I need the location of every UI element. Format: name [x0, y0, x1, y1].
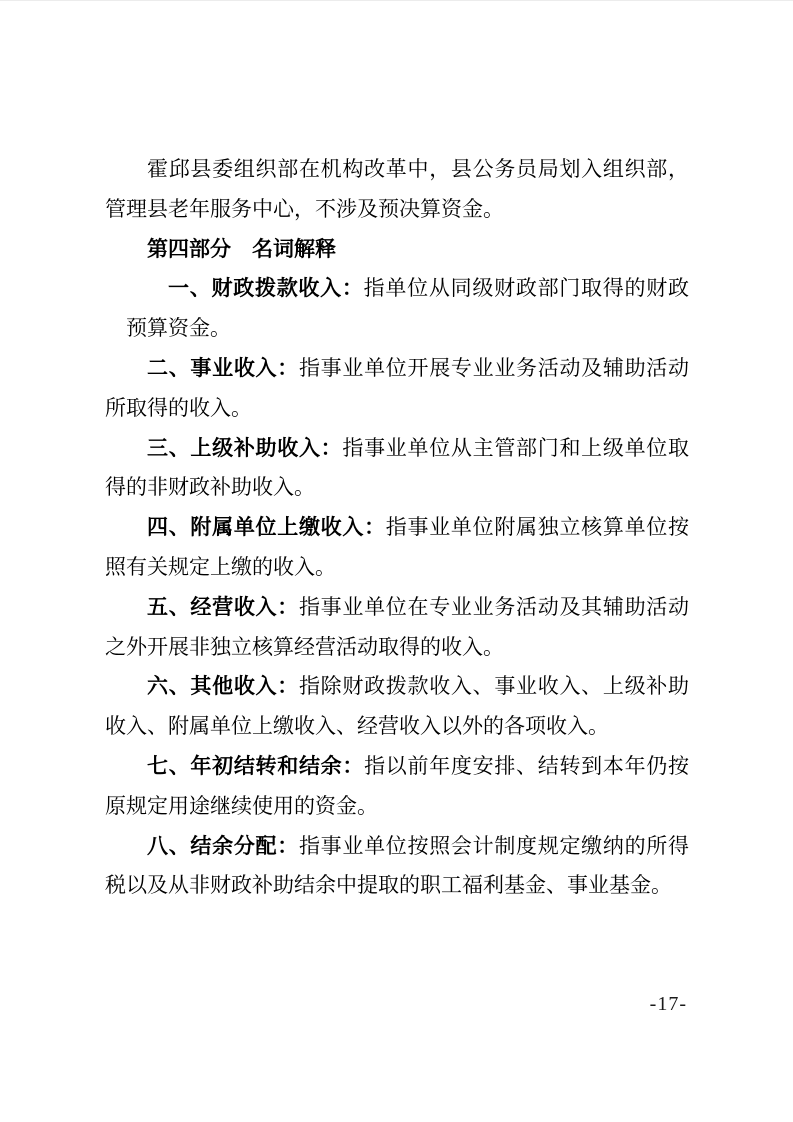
term-paragraph-1: 一、财政拨款收入：指单位从同级财政部门取得的财政预算资金。 — [105, 269, 689, 349]
document-page: 霍邱县委组织部在机构改革中，县公务员局划入组织部，管理县老年服务中心，不涉及预决… — [0, 0, 793, 1122]
term-paragraph-4: 四、附属单位上缴收入：指事业单位附属独立核算单位按照有关规定上缴的收入。 — [105, 508, 689, 588]
term-paragraph-2: 二、事业收入：指事业单位开展专业业务活动及辅助活动所取得的收入。 — [105, 349, 689, 429]
term-paragraph-3: 三、上级补助收入：指事业单位从主管部门和上级单位取得的非财政补助收入。 — [105, 429, 689, 509]
document-body: 霍邱县委组织部在机构改革中，县公务员局划入组织部，管理县老年服务中心，不涉及预决… — [105, 150, 689, 906]
intro-paragraph: 霍邱县委组织部在机构改革中，县公务员局划入组织部，管理县老年服务中心，不涉及预决… — [105, 150, 689, 230]
term-lead: 六、其他收入： — [147, 675, 299, 698]
term-lead: 一、财政拨款收入： — [168, 277, 364, 300]
term-lead: 三、上级补助收入： — [147, 437, 342, 460]
term-paragraph-5: 五、经营收入：指事业单位在专业业务活动及其辅助活动之外开展非独立核算经营活动取得… — [105, 588, 689, 668]
term-lead: 七、年初结转和结余： — [147, 755, 364, 778]
term-lead: 四、附属单位上缴收入： — [147, 516, 386, 539]
term-lead: 五、经营收入： — [147, 596, 299, 619]
term-lead: 八、结余分配： — [147, 835, 299, 858]
term-lead: 二、事业收入： — [147, 357, 299, 380]
term-paragraph-8: 八、结余分配：指事业单位按照会计制度规定缴纳的所得税以及从非财政补助结余中提取的… — [105, 827, 689, 907]
term-paragraph-7: 七、年初结转和结余：指以前年度安排、结转到本年仍按原规定用途继续使用的资金。 — [105, 747, 689, 827]
section-heading: 第四部分 名词解释 — [105, 230, 689, 270]
page-number: -17- — [650, 993, 687, 1016]
term-paragraph-6: 六、其他收入：指除财政拨款收入、事业收入、上级补助收入、附属单位上缴收入、经营收… — [105, 667, 689, 747]
